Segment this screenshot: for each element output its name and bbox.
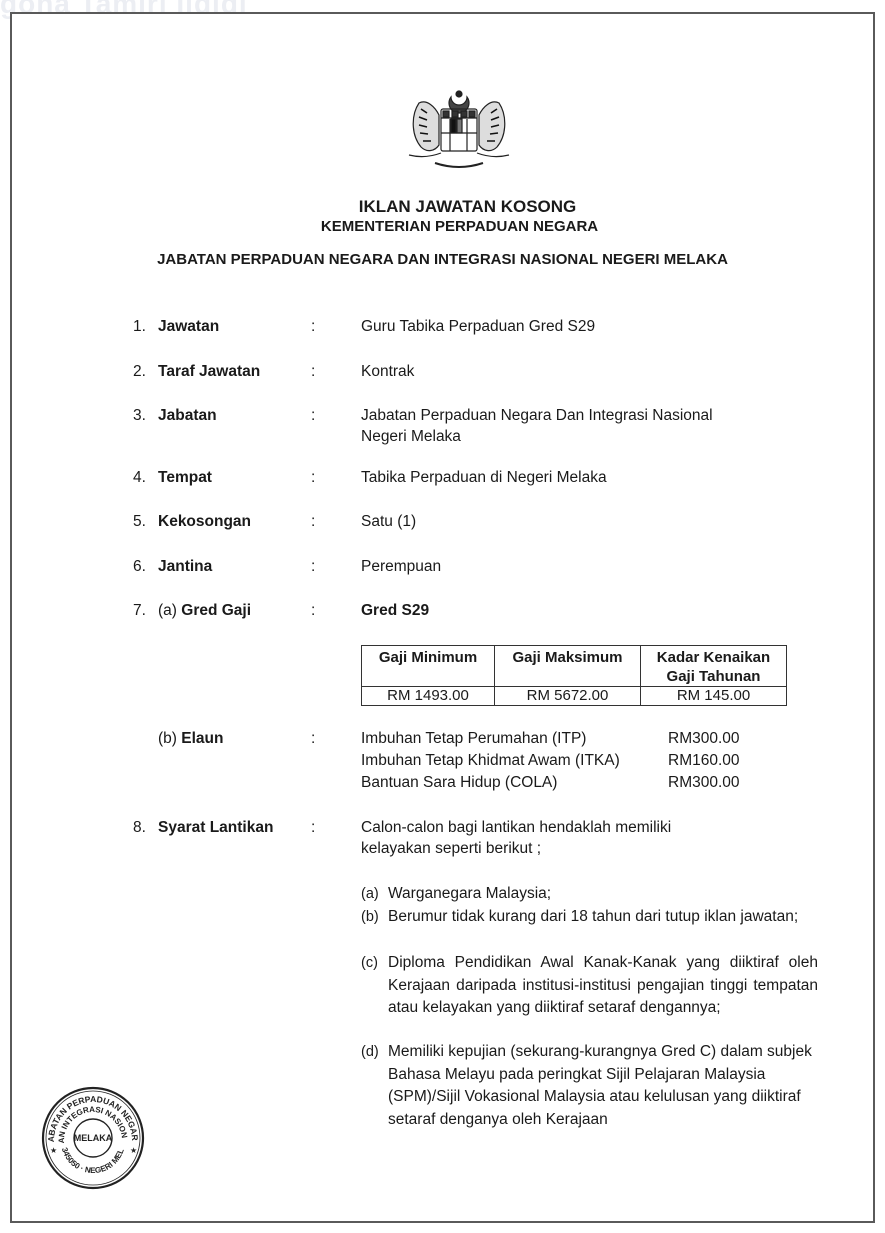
item-number: 8. xyxy=(133,817,146,838)
requirement-text: Berumur tidak kurang dari 18 tahun dari … xyxy=(388,906,818,929)
requirement-item: (d) Memiliki kepujian (sekurang-kurangny… xyxy=(361,1041,818,1131)
svg-text:★: ★ xyxy=(130,1146,137,1155)
item-value: Guru Tabika Perpaduan Gred S29 xyxy=(361,316,761,337)
item-label: Kekosongan xyxy=(158,511,251,532)
salary-table: Gaji Minimum Gaji Maksimum Kadar Kenaika… xyxy=(361,645,787,706)
table-row: RM 1493.00 RM 5672.00 RM 145.00 xyxy=(362,687,787,706)
page-title: IKLAN JAWATAN KOSONG xyxy=(0,197,885,217)
stamp-center-text: MELAKA xyxy=(74,1133,113,1143)
table-cell: RM 1493.00 xyxy=(362,687,495,706)
item-label: Jantina xyxy=(158,556,212,577)
intro-line: Calon-calon bagi lantikan hendaklah memi… xyxy=(361,819,671,836)
item-label-text: Gred Gaji xyxy=(181,602,251,619)
item-colon: : xyxy=(311,817,315,838)
header-line: Gaji Tahunan xyxy=(667,668,761,685)
item-number: 1. xyxy=(133,316,146,337)
item-label: Syarat Lantikan xyxy=(158,817,273,838)
item-label: Jawatan xyxy=(158,316,219,337)
item-prefix: (b) xyxy=(158,730,177,747)
item-value: Tabika Perpaduan di Negeri Melaka xyxy=(361,467,761,488)
header-line: Kadar Kenaikan xyxy=(657,649,770,666)
requirement-marker: (a) xyxy=(361,883,379,906)
item-value: Kontrak xyxy=(361,361,761,382)
requirement-item: (a) Warganegara Malaysia; xyxy=(361,883,818,906)
official-stamp-icon: JABATAN PERPADUAN NEGARA DAN INTEGRASI N… xyxy=(38,1083,148,1193)
item-colon: : xyxy=(311,361,315,382)
allowance-name: Bantuan Sara Hidup (COLA) xyxy=(361,772,557,794)
requirement-text: Memiliki kepujian (sekurang-kurangnya Gr… xyxy=(388,1041,818,1131)
allowance-name: Imbuhan Tetap Perumahan (ITP) xyxy=(361,728,586,750)
item-colon: : xyxy=(311,316,315,337)
allowance-amount: RM300.00 xyxy=(668,772,740,794)
svg-text:★: ★ xyxy=(50,1146,57,1155)
item-value-line: Jabatan Perpaduan Negara Dan Integrasi N… xyxy=(361,407,713,424)
item-value-line: Negeri Melaka xyxy=(361,428,461,445)
item-number: 5. xyxy=(133,511,146,532)
table-header-row: Gaji Minimum Gaji Maksimum Kadar Kenaika… xyxy=(362,646,787,687)
item-label: (b) Elaun xyxy=(158,728,223,749)
item-value: Jabatan Perpaduan Negara Dan Integrasi N… xyxy=(361,405,761,447)
requirement-marker: (d) xyxy=(361,1041,379,1064)
item-label: (a) Gred Gaji xyxy=(158,600,251,621)
item-value: Satu (1) xyxy=(361,511,761,532)
requirement-marker: (b) xyxy=(361,906,379,929)
table-cell: RM 5672.00 xyxy=(495,687,641,706)
requirement-text: Diploma Pendidikan Awal Kanak-Kanak yang… xyxy=(388,952,818,1020)
requirement-text: Warganegara Malaysia; xyxy=(388,883,818,906)
item-value: Calon-calon bagi lantikan hendaklah memi… xyxy=(361,817,761,859)
item-colon: : xyxy=(311,600,315,621)
item-number: 6. xyxy=(133,556,146,577)
table-header-cell: Kadar Kenaikan Gaji Tahunan xyxy=(641,646,787,687)
intro-line: kelayakan seperti berikut ; xyxy=(361,840,541,857)
item-number: 2. xyxy=(133,361,146,382)
requirement-marker: (c) xyxy=(361,952,378,975)
item-label: Taraf Jawatan xyxy=(158,361,260,382)
item-label-text: Elaun xyxy=(181,730,223,747)
item-colon: : xyxy=(311,467,315,488)
item-number: 3. xyxy=(133,405,146,426)
requirement-item: (c) Diploma Pendidikan Awal Kanak-Kanak … xyxy=(361,952,818,1020)
table-header-cell: Gaji Maksimum xyxy=(495,646,641,687)
allowance-name: Imbuhan Tetap Khidmat Awam (ITKA) xyxy=(361,750,620,772)
table-cell: RM 145.00 xyxy=(641,687,787,706)
ministry-name: KEMENTERIAN PERPADUAN NEGARA xyxy=(0,218,885,235)
item-label: Jabatan xyxy=(158,405,217,426)
item-colon: : xyxy=(311,556,315,577)
coat-of-arms-icon xyxy=(405,85,513,173)
department-name: JABATAN PERPADUAN NEGARA DAN INTEGRASI N… xyxy=(0,251,885,268)
item-value: Perempuan xyxy=(361,556,761,577)
item-number: 7. xyxy=(133,600,146,621)
table-header-cell: Gaji Minimum xyxy=(362,646,495,687)
allowance-amount: RM160.00 xyxy=(668,750,740,772)
item-prefix: (a) xyxy=(158,602,177,619)
item-number: 4. xyxy=(133,467,146,488)
item-colon: : xyxy=(311,728,315,749)
item-colon: : xyxy=(311,405,315,426)
item-value: Gred S29 xyxy=(361,600,761,621)
item-label: Tempat xyxy=(158,467,212,488)
allowance-amount: RM300.00 xyxy=(668,728,740,750)
item-colon: : xyxy=(311,511,315,532)
requirement-item: (b) Berumur tidak kurang dari 18 tahun d… xyxy=(361,906,818,929)
